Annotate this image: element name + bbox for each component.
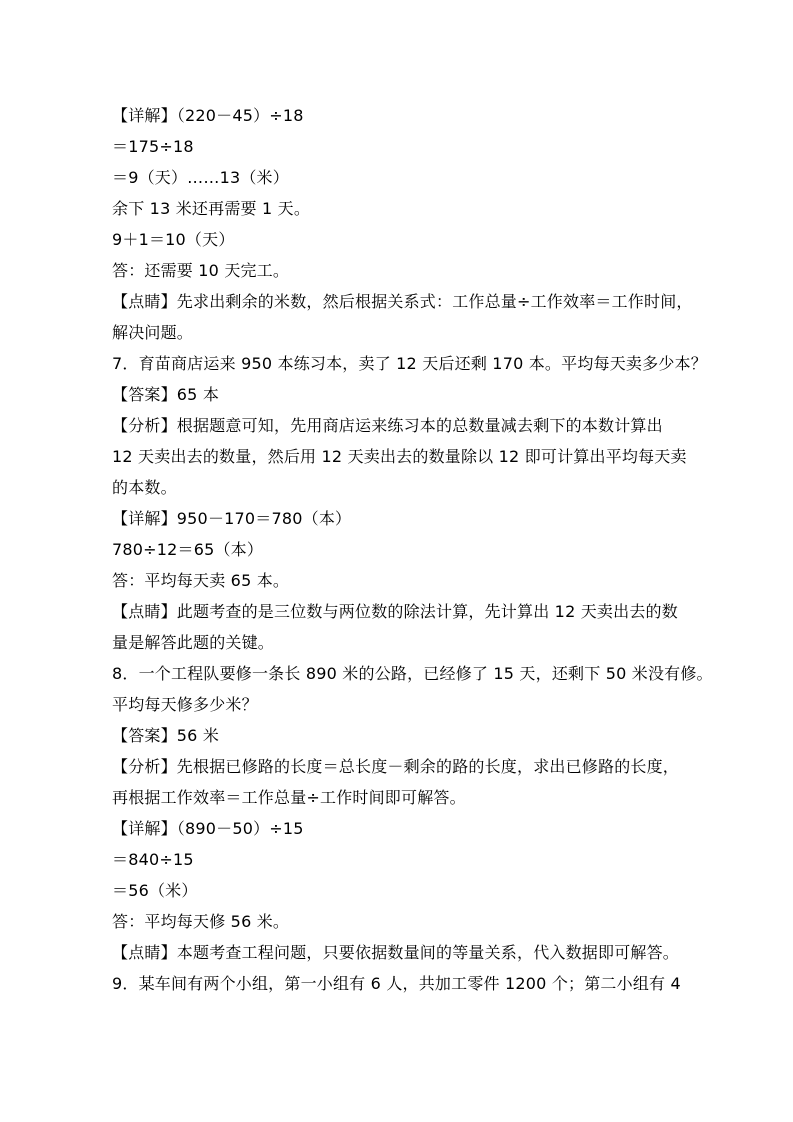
equation-line: ＝9（天）……13（米） [112,162,684,193]
answer-line: 【答案】56 米 [112,720,684,751]
solution-detail-line: 【详解】950－170＝780（本） [112,503,684,534]
analysis-line: 再根据工作效率＝工作总量÷工作时间即可解答。 [112,782,684,813]
analysis-line: 【分析】根据题意可知，先用商店运来练习本的总数量减去剩下的本数计算出 [112,410,684,441]
key-point-line: 【点睛】本题考查工程问题，只要依据数量间的等量关系，代入数据即可解答。 [112,937,684,968]
key-point-line: 量是解答此题的关键。 [112,627,684,658]
problem-7-statement-line: 7．育苗商店运来 950 本练习本，卖了 12 天后还剩 170 本。平均每天卖… [112,348,684,379]
answer-sentence-line: 答：平均每天修 56 米。 [112,906,684,937]
problem-8-statement-line: 8．一个工程队要修一条长 890 米的公路，已经修了 15 天，还剩下 50 米… [112,658,684,689]
answer-line: 【答案】65 本 [112,379,684,410]
equation-line: ＝175÷18 [112,131,684,162]
key-point-line: 【点睛】先求出剩余的米数，然后根据关系式：工作总量÷工作效率＝工作时间， [112,286,684,317]
analysis-line: 的本数。 [112,472,684,503]
equation-line: ＝840÷15 [112,844,684,875]
problem-9-statement-line: 9．某车间有两个小组，第一小组有 6 人，共加工零件 1200 个；第二小组有 … [112,968,684,999]
equation-line: ＝56（米） [112,875,684,906]
answer-sentence-line: 答：还需要 10 天完工。 [112,255,684,286]
equation-line: 9＋1＝10（天） [112,224,684,255]
key-point-line: 解决问题。 [112,317,684,348]
answer-sentence-line: 答：平均每天卖 65 本。 [112,565,684,596]
key-point-line: 【点睛】此题考查的是三位数与两位数的除法计算，先计算出 12 天卖出去的数 [112,596,684,627]
solution-detail-line: 【详解】（220－45）÷18 [112,100,684,131]
equation-line: 780÷12＝65（本） [112,534,684,565]
worksheet-page: 【详解】（220－45）÷18 ＝175÷18 ＝9（天）……13（米） 余下 … [0,0,793,1122]
problem-8-statement-line: 平均每天修多少米？ [112,689,684,720]
analysis-line: 12 天卖出去的数量，然后用 12 天卖出去的数量除以 12 即可计算出平均每天… [112,441,684,472]
solution-detail-line: 【详解】（890－50）÷15 [112,813,684,844]
explanation-line: 余下 13 米还再需要 1 天。 [112,193,684,224]
solutions-text-block: 【详解】（220－45）÷18 ＝175÷18 ＝9（天）……13（米） 余下 … [112,100,684,999]
analysis-line: 【分析】先根据已修路的长度＝总长度－剩余的路的长度，求出已修路的长度， [112,751,684,782]
